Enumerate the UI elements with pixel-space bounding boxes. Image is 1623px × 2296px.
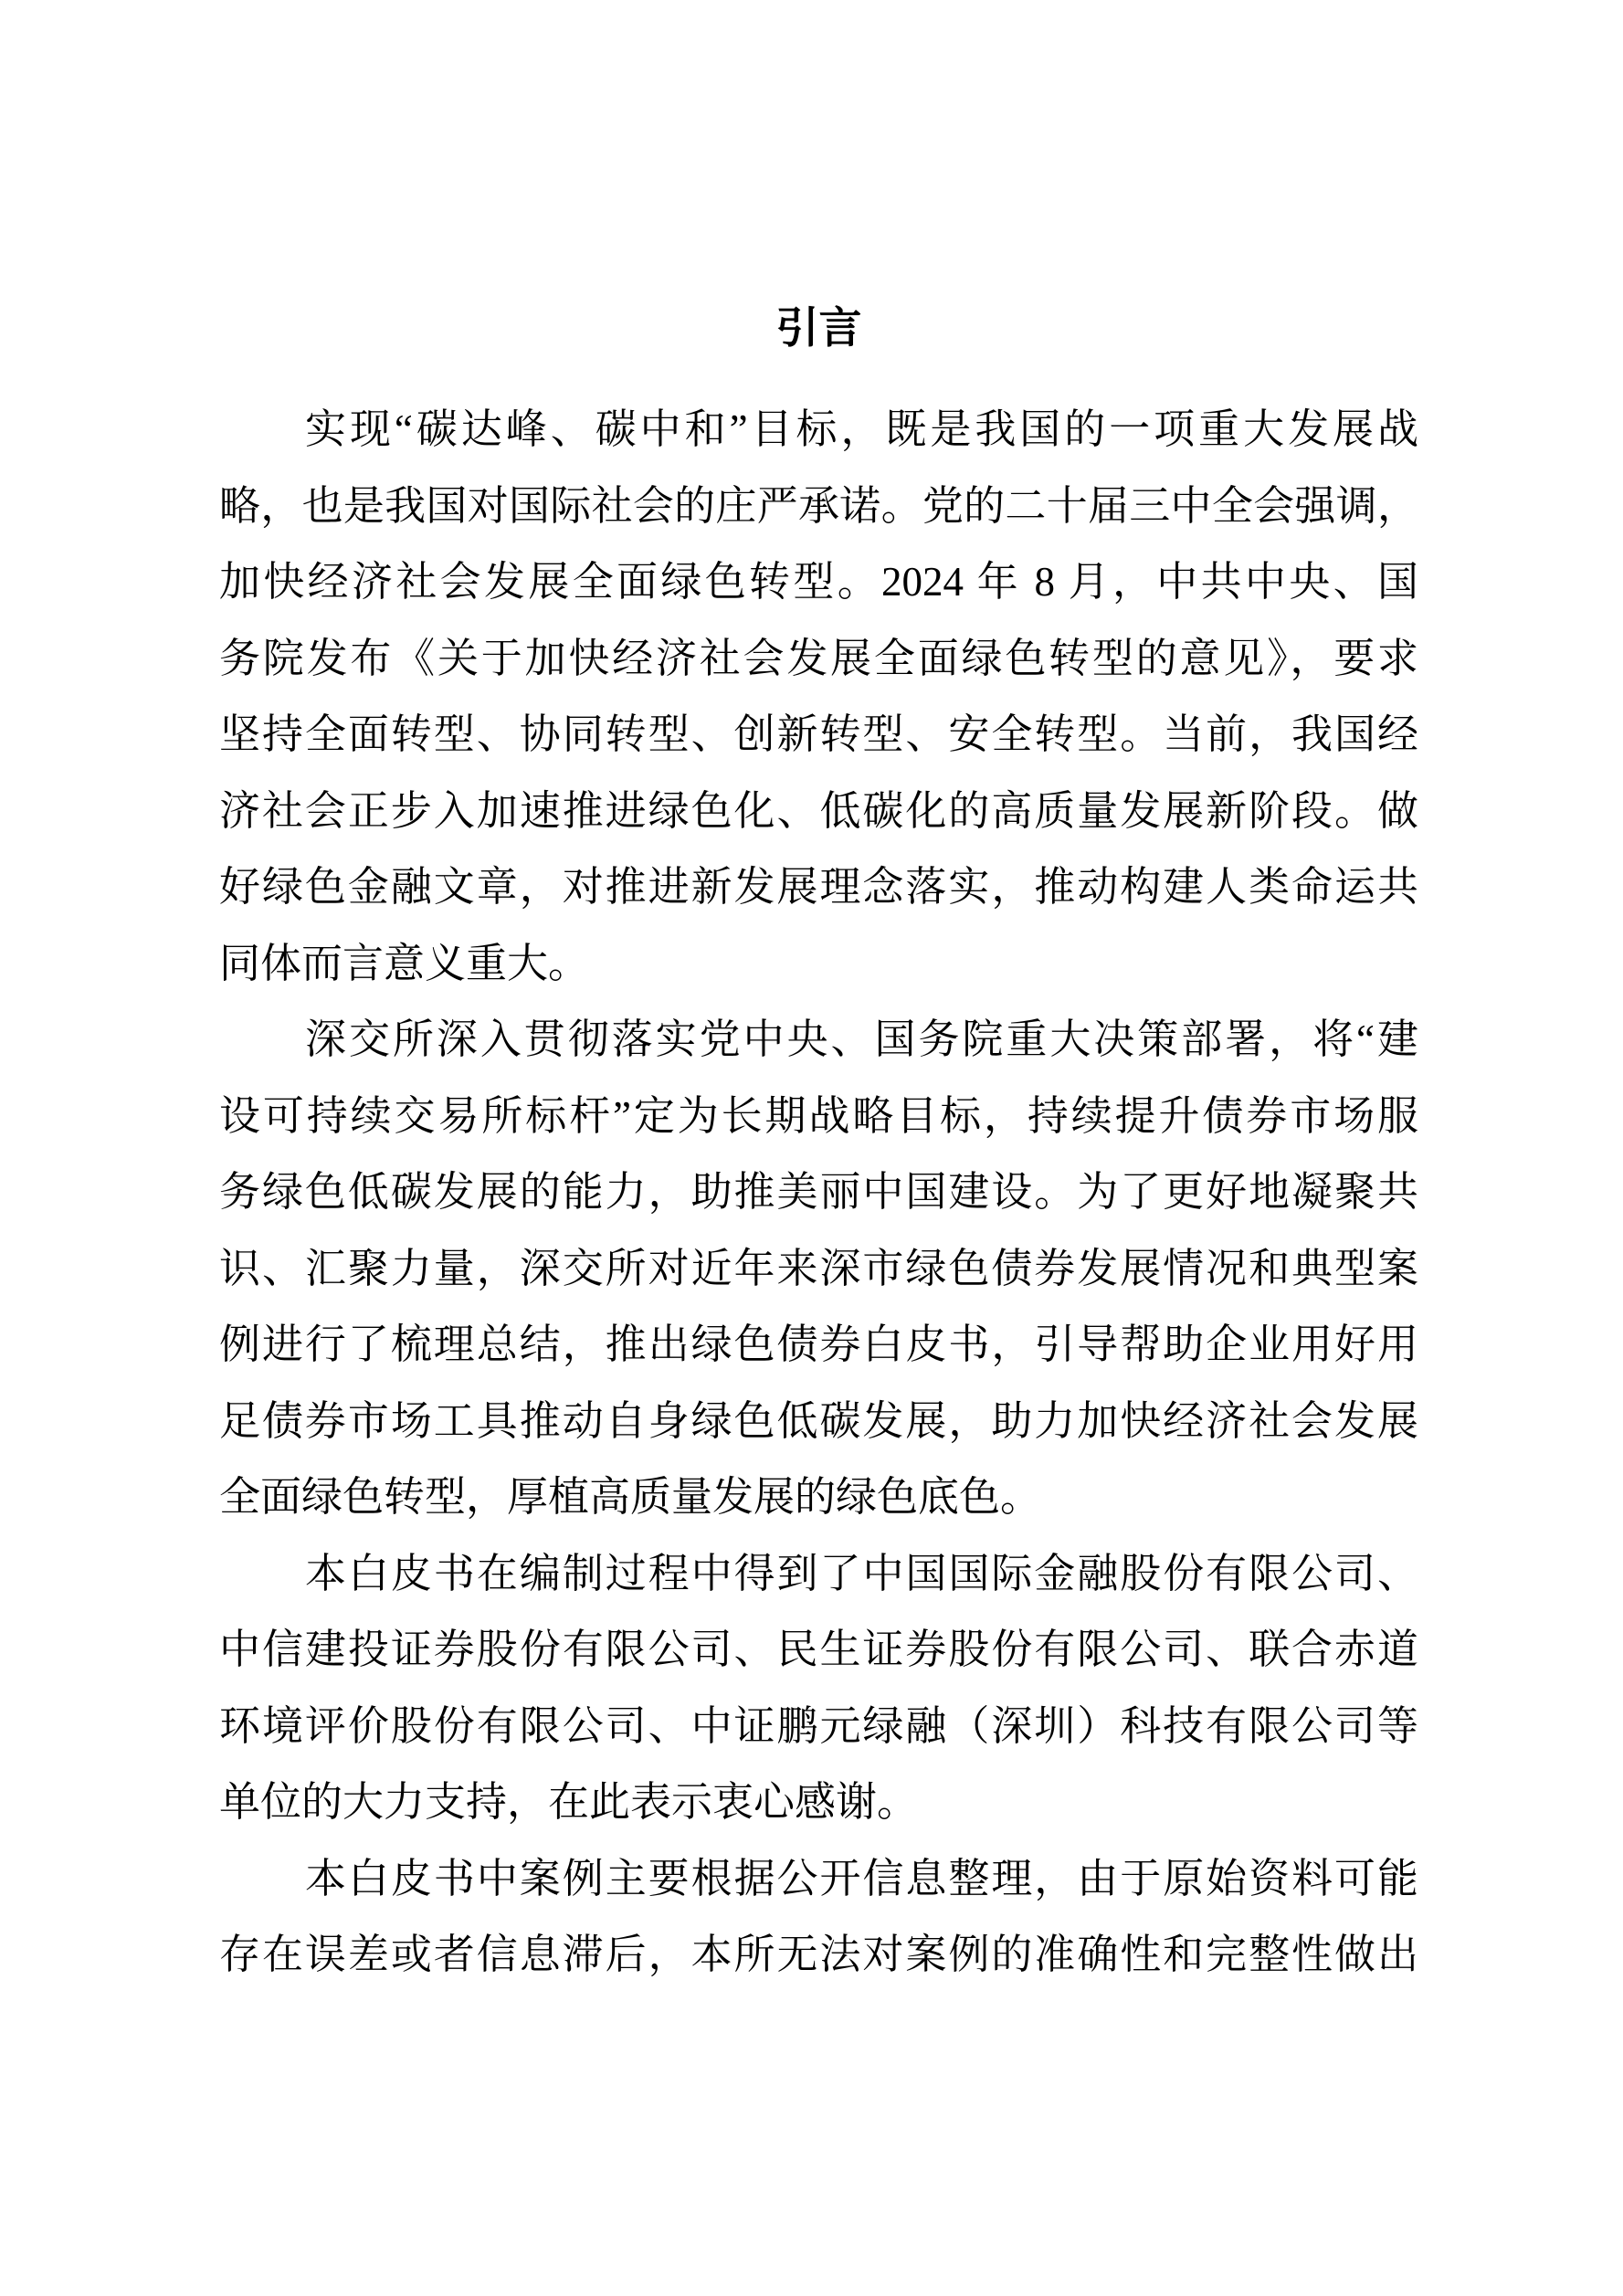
paragraph: 深交所深入贯彻落实党中央、国务院重大决策部署，将“建 设可持续交易所标杆”定为长… [219, 1002, 1418, 1536]
text-line: 实现“碳达峰、碳中和”目标，既是我国的一项重大发展战 [219, 392, 1418, 469]
text-line: 中信建投证券股份有限公司、民生证券股份有限公司、联合赤道 [219, 1612, 1418, 1689]
text-line: 坚持全面转型、协同转型、创新转型、安全转型。当前，我国经 [219, 697, 1418, 774]
text-line: 加快经济社会发展全面绿色转型。2024 年 8 月，中共中央、国 [219, 544, 1418, 621]
paragraph: 本白皮书在编制过程中得到了中国国际金融股份有限公司、 中信建投证券股份有限公司、… [219, 1536, 1418, 1841]
text-line: 务院发布《关于加快经济社会发展全面绿色转型的意见》，要求 [219, 621, 1418, 698]
text-line: 全面绿色转型，厚植高质量发展的绿色底色。 [219, 1459, 1418, 1536]
text-line: 同体而言意义重大。 [219, 926, 1418, 1003]
text-line: 设可持续交易所标杆”定为长期战略目标，持续提升债券市场服 [219, 1079, 1418, 1155]
text-line: 本白皮书中案例主要根据公开信息整理，由于原始资料可能 [219, 1841, 1418, 1918]
text-line: 足债券市场工具推动自身绿色低碳发展，助力加快经济社会发展 [219, 1384, 1418, 1460]
document-page: 引言 实现“碳达峰、碳中和”目标，既是我国的一项重大发展战 略，也是我国对国际社… [0, 0, 1623, 2296]
text-line: 深交所深入贯彻落实党中央、国务院重大决策部署，将“建 [219, 1002, 1418, 1079]
text-line: 环境评价股份有限公司、中证鹏元绿融（深圳）科技有限公司等 [219, 1689, 1418, 1765]
text-line: 单位的大力支持，在此表示衷心感谢。 [219, 1764, 1418, 1841]
text-line: 济社会正步入加速推进绿色化、低碳化的高质量发展新阶段。做 [219, 774, 1418, 850]
text-line: 本白皮书在编制过程中得到了中国国际金融股份有限公司、 [219, 1536, 1418, 1613]
text-line: 务绿色低碳发展的能力，助推美丽中国建设。为了更好地凝聚共 [219, 1154, 1418, 1231]
page-title: 引言 [219, 301, 1418, 354]
text-line: 略，也是我国对国际社会的庄严承诺。党的二十届三中全会强调， [219, 469, 1418, 545]
paragraph: 实现“碳达峰、碳中和”目标，既是我国的一项重大发展战 略，也是我国对国际社会的庄… [219, 392, 1418, 1002]
text-line: 存在误差或者信息滞后，本所无法对案例的准确性和完整性做出 [219, 1917, 1418, 1994]
paragraph: 本白皮书中案例主要根据公开信息整理，由于原始资料可能 存在误差或者信息滞后，本所… [219, 1841, 1418, 1994]
text-line: 识、汇聚力量，深交所对近年来深市绿色债券发展情况和典型案 [219, 1231, 1418, 1308]
document-body: 实现“碳达峰、碳中和”目标，既是我国的一项重大发展战 略，也是我国对国际社会的庄… [219, 392, 1418, 1994]
text-line: 好绿色金融文章，对推进新发展理念落实，推动构建人类命运共 [219, 849, 1418, 926]
text-line: 例进行了梳理总结，推出绿色债券白皮书，引导帮助企业用好用 [219, 1307, 1418, 1384]
